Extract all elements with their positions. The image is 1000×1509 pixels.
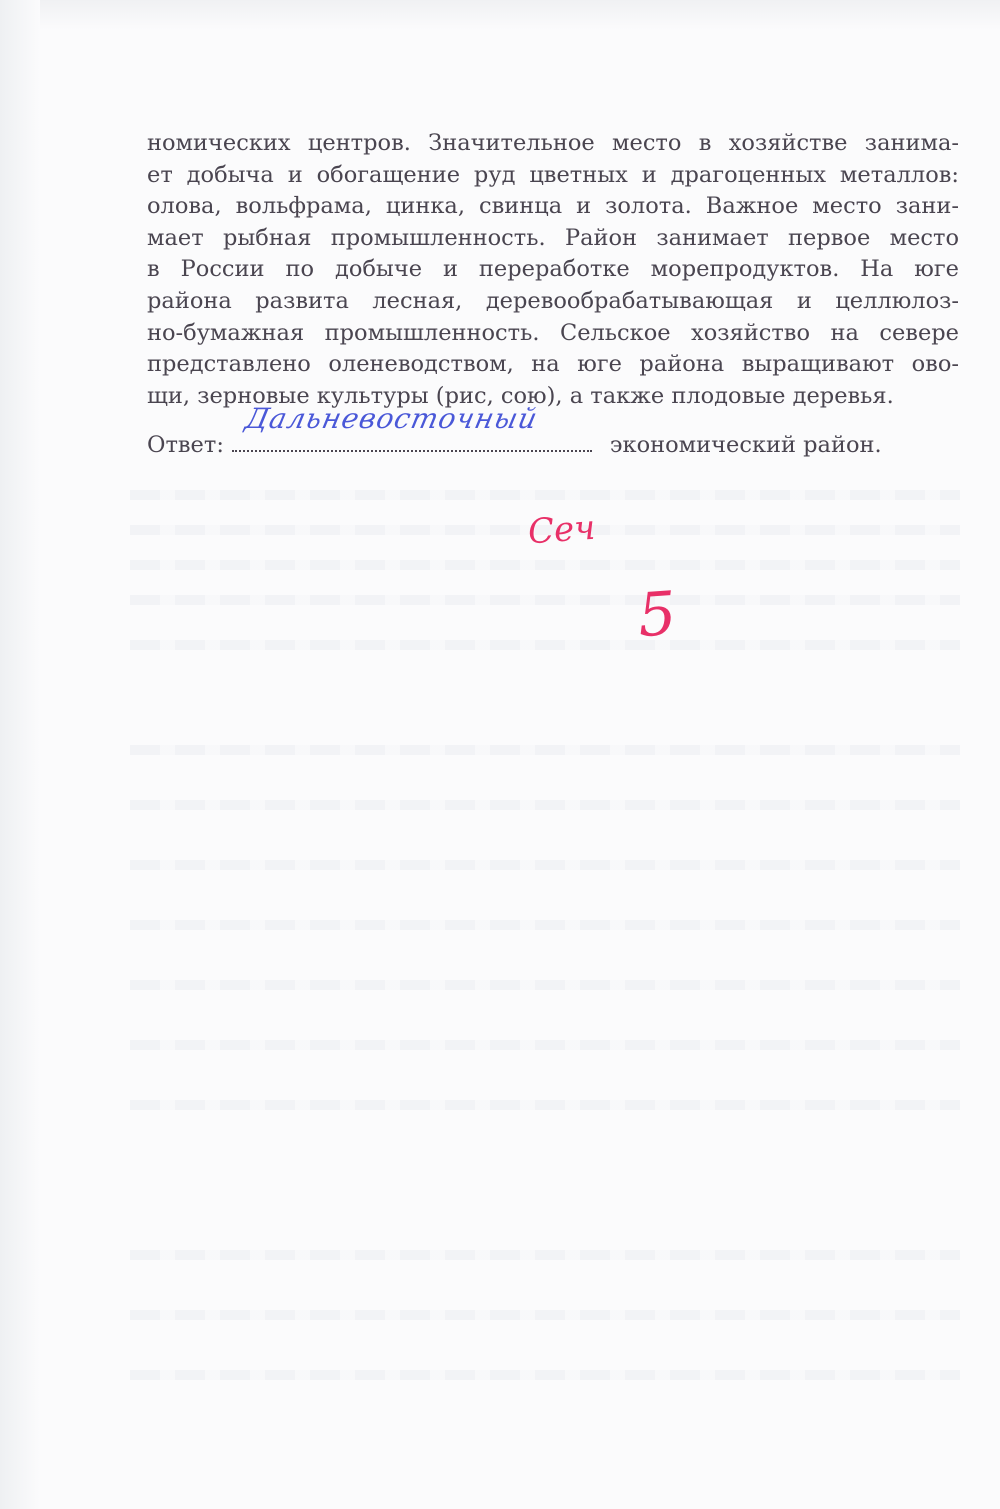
answer-field[interactable]: Дальневосточный [232, 432, 592, 452]
paragraph-line: олова, вольфрама, цинка, свинца и золота… [147, 191, 959, 223]
grade-mark: 5 [636, 579, 679, 651]
bleed-through-text [130, 980, 960, 990]
paragraph-line: в России по добыче и переработке морепро… [147, 254, 959, 286]
answer-line: Ответ: Дальневосточный экономический рай… [147, 432, 959, 458]
paragraph-line: номических центров. Значительное место в… [147, 128, 959, 160]
paragraph-line: ет добыча и обогащение руд цветных и дра… [147, 160, 959, 192]
bleed-through-text [130, 1310, 960, 1320]
handwritten-answer: Дальневосточный [242, 402, 541, 435]
bleed-through-text [130, 920, 960, 930]
bleed-through-text [130, 1100, 960, 1110]
bleed-through-text [130, 800, 960, 810]
bleed-through-text [130, 1250, 960, 1260]
paragraph-line: мает рыбная промышленность. Район занима… [147, 223, 959, 255]
page-left-edge [0, 0, 40, 1509]
bleed-through-text [130, 1040, 960, 1050]
bleed-through-text [130, 640, 960, 650]
bleed-through-text [130, 560, 960, 570]
bleed-through-text [130, 490, 960, 500]
answer-label: Ответ: [147, 432, 224, 458]
paragraph-line: представлено оленеводством, на юге район… [147, 349, 959, 381]
paragraph-line: района развита лесная, деревообрабатываю… [147, 286, 959, 318]
body-paragraph: номических центров. Значительное место в… [147, 128, 959, 412]
bleed-through-text [130, 1370, 960, 1380]
bleed-through-text [130, 745, 960, 755]
answer-suffix: экономический район. [610, 432, 882, 458]
paragraph-line: но-бумажная промышленность. Сельское хоз… [147, 318, 959, 350]
bleed-through-text [130, 860, 960, 870]
page-top-edge [0, 0, 1000, 30]
grader-mark: Сеч [527, 508, 597, 553]
bleed-through-text [130, 595, 960, 605]
